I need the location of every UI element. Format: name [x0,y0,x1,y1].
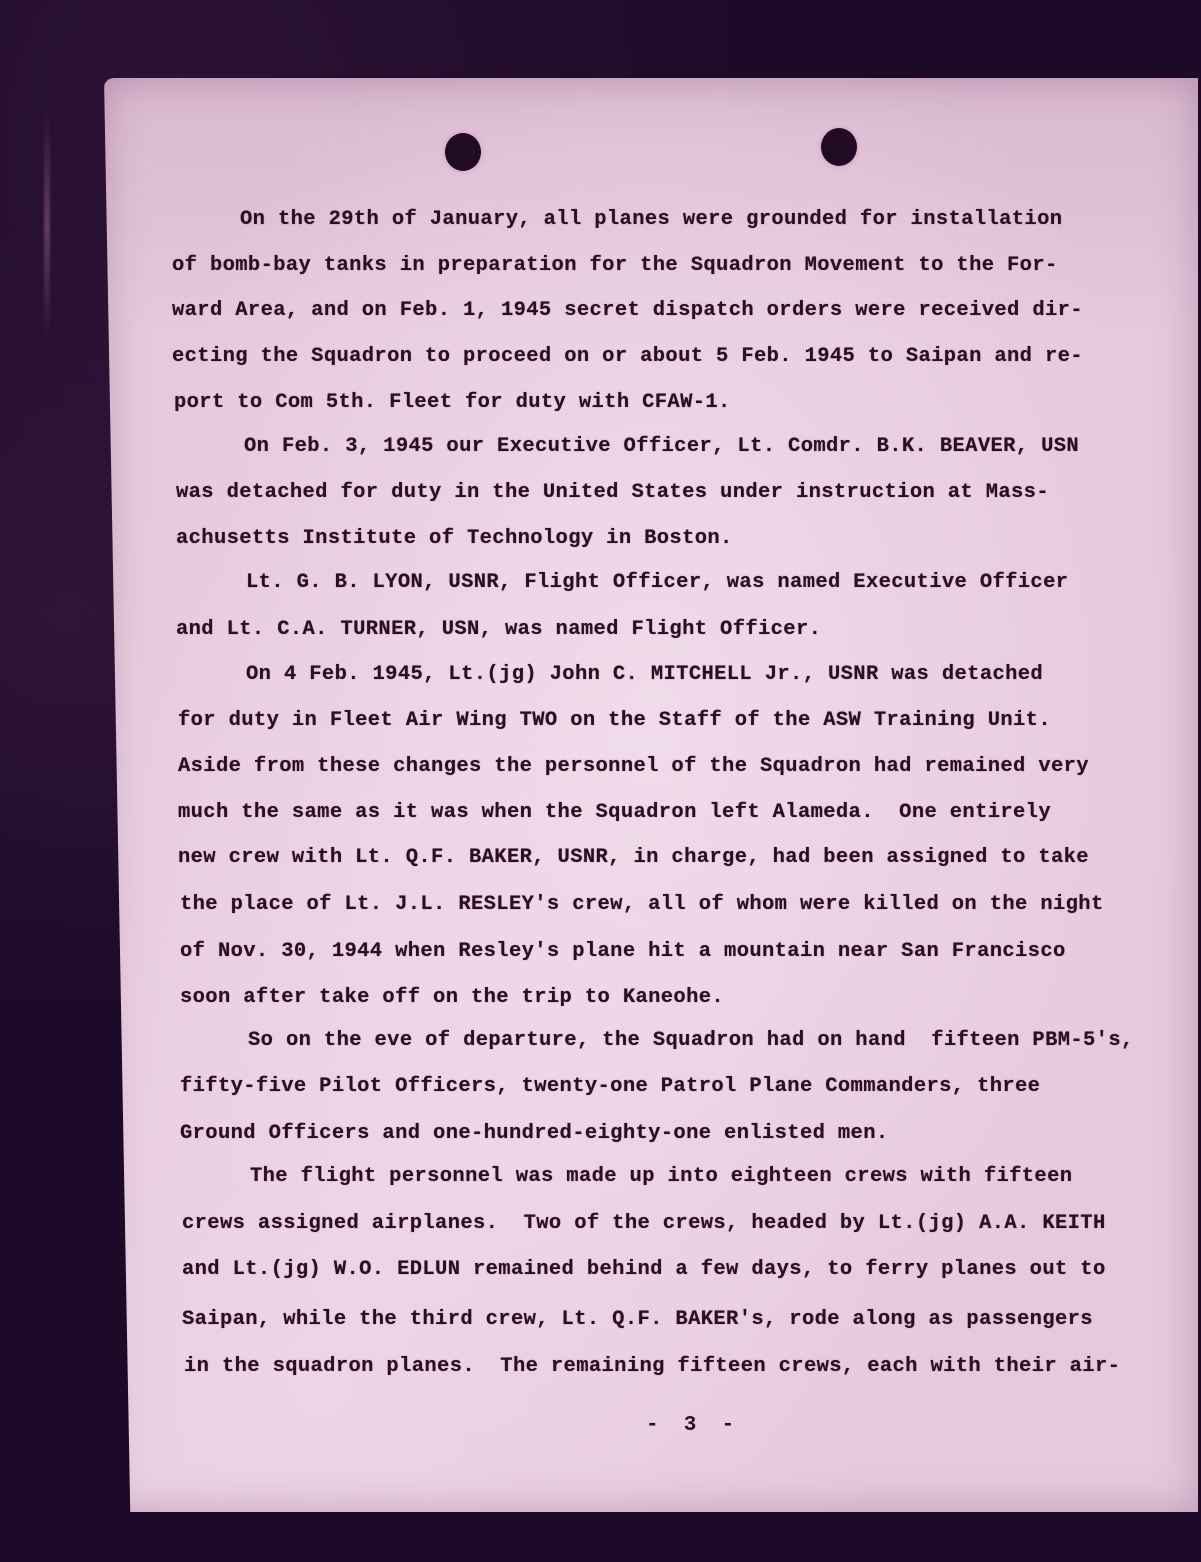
text-line: crews assigned airplanes. Two of the cre… [182,1212,1106,1235]
text-line: ward Area, and on Feb. 1, 1945 secret di… [172,299,1083,322]
text-line: On Feb. 3, 1945 our Executive Officer, L… [244,435,1079,458]
text-line: of Nov. 30, 1944 when Resley's plane hit… [180,940,1066,963]
text-line: new crew with Lt. Q.F. BAKER, USNR, in c… [178,846,1089,869]
punch-hole-right [821,128,857,166]
text-line: in the squadron planes. The remaining fi… [184,1355,1120,1378]
page-number: - 3 - [646,1414,734,1437]
text-line: Ground Officers and one-hundred-eighty-o… [180,1122,889,1145]
text-line: Aside from these changes the personnel o… [178,755,1089,778]
text-line: achusetts Institute of Technology in Bos… [176,527,733,550]
text-line: of bomb-bay tanks in preparation for the… [172,254,1058,277]
text-line: So on the eve of departure, the Squadron… [248,1029,1134,1052]
text-line: Lt. G. B. LYON, USNR, Flight Officer, wa… [246,571,1068,594]
text-line: On 4 Feb. 1945, Lt.(jg) John C. MITCHELL… [246,663,1043,686]
text-line: much the same as it was when the Squadro… [178,801,1051,824]
film-scratch [44,110,50,340]
text-line: soon after take off on the trip to Kaneo… [180,986,724,1009]
document-page: On the 29th of January, all planes were … [104,78,1198,1512]
text-line: the place of Lt. J.L. RESLEY's crew, all… [180,893,1104,916]
text-line: fifty-five Pilot Officers, twenty-one Pa… [180,1075,1040,1098]
text-line: The flight personnel was made up into ei… [250,1165,1072,1188]
text-line: and Lt. C.A. TURNER, USN, was named Flig… [176,618,821,641]
text-line: for duty in Fleet Air Wing TWO on the St… [178,709,1051,732]
text-line: and Lt.(jg) W.O. EDLUN remained behind a… [182,1258,1106,1281]
text-line: Saipan, while the third crew, Lt. Q.F. B… [182,1308,1093,1331]
text-line: was detached for duty in the United Stat… [176,481,1049,504]
text-line: port to Com 5th. Fleet for duty with CFA… [174,391,731,414]
text-line: On the 29th of January, all planes were … [240,208,1062,231]
text-line: ecting the Squadron to proceed on or abo… [172,345,1083,368]
punch-hole-left [445,133,481,171]
